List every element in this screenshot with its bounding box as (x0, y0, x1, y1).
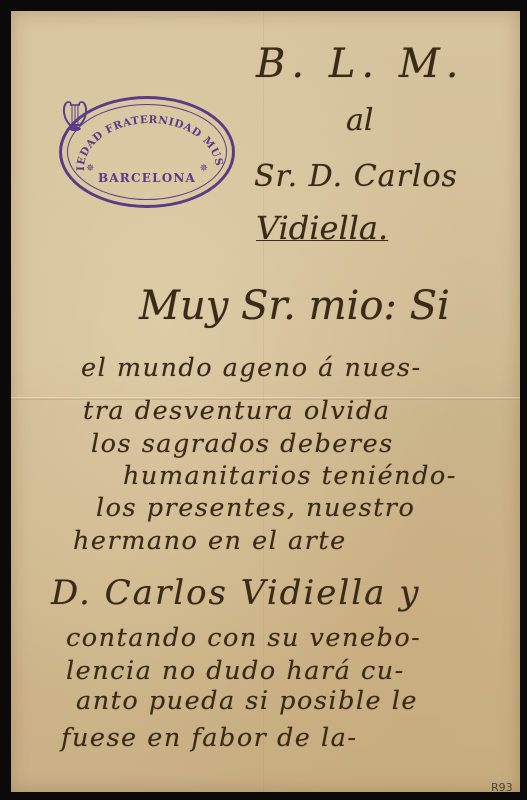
addressee-surname: Vidiella. (256, 209, 388, 247)
addressee-line-2: Vidiella. (256, 209, 388, 247)
heading-abbreviation: B. L. M. (256, 41, 465, 87)
body-line: lencia no dudo hará cu- (66, 656, 405, 686)
body-line: fuese en fabor de la- (61, 723, 357, 753)
lyre-icon (62, 99, 88, 135)
body-line: humanitarios teniéndo- (123, 461, 457, 491)
society-stamp: SOCIEDAD FRATERNIDAD MUSICAL ✵ ✵ BARCELO… (59, 96, 235, 208)
salutation: Muy Sr. mio: Si (139, 283, 450, 329)
body-line: hermano en el arte (73, 526, 347, 556)
addressee-line-1: Sr. D. Carlos (254, 159, 458, 194)
catalog-mark: R93 (491, 781, 513, 794)
stamp-city: BARCELONA (62, 171, 232, 185)
heading-to: al (346, 103, 373, 138)
body-line: los sagrados deberes (91, 429, 394, 459)
body-line: anto pueda si posible le (76, 686, 418, 716)
body-line-name: D. Carlos Vidiella y (51, 573, 420, 613)
body-line: el mundo ageno á nues- (81, 353, 422, 383)
letter-page: SOCIEDAD FRATERNIDAD MUSICAL ✵ ✵ BARCELO… (11, 11, 520, 792)
body-line: tra desventura olvida (83, 396, 390, 426)
stamp-arc-text: SOCIEDAD FRATERNIDAD MUSICAL (62, 99, 238, 211)
body-line: contando con su venebo- (66, 623, 421, 653)
body-line: los presentes, nuestro (96, 493, 415, 523)
